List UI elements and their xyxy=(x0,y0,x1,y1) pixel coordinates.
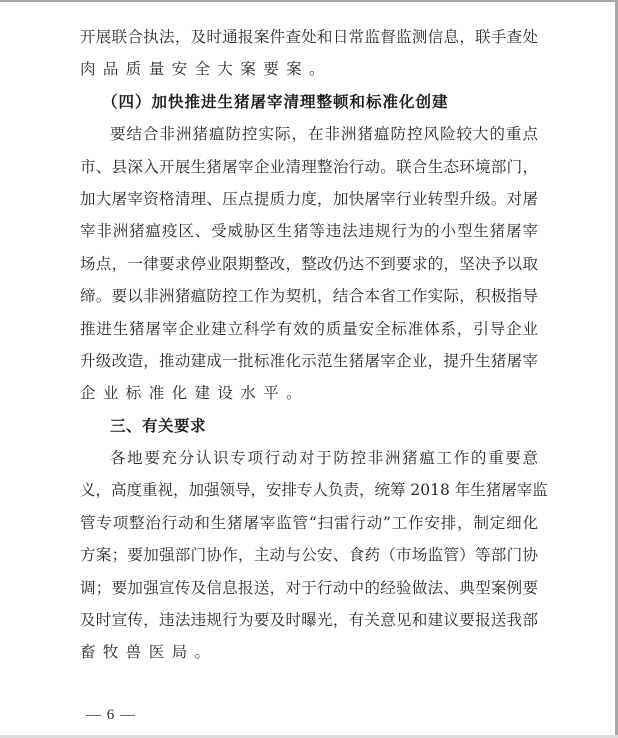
paragraph-line: 推进生猪屠宰企业建立科学有效的质量安全标准体系，引导企业 xyxy=(80,313,538,345)
page-number: — 6 — xyxy=(86,707,136,724)
paragraph-line: 调；要加强宣传及信息报送，对于行动中的经验做法、典型案例要 xyxy=(80,572,538,604)
paragraph-line: 升级改造，推动建成一批标准化示范生猪屠宰企业，提升生猪屠宰 xyxy=(80,345,538,377)
paragraph-line: 方案；要加强部门协作，主动与公安、食药（市场监管）等部门协 xyxy=(80,539,538,571)
paragraph-line: 场点，一律要求停业限期整改，整改仍达不到要求的，坚决予以取 xyxy=(80,248,538,280)
paragraph-line: 宰非洲猪瘟疫区、受威胁区生猪等违法违规行为的小型生猪屠宰 xyxy=(80,215,538,247)
paragraph-line: 义，高度重视，加强领导，安排专人负责，统筹 2018 年生猪屠宰监 xyxy=(80,474,538,506)
paragraph-line: 企业标准化建设水平。 xyxy=(80,377,538,409)
paragraph-line: 市、县深入开展生猪屠宰企业清理整治行动。联合生态环境部门， xyxy=(80,151,538,183)
paragraph-line: 肉品质量安全大案要案。 xyxy=(80,53,538,85)
paragraph-line: 加大屠宰资格清理、压点提质力度，加快屠宰行业转型升级。对屠 xyxy=(80,183,538,215)
paragraph-line: 开展联合执法，及时通报案件查处和日常监督监测信息，联手查处 xyxy=(80,21,538,53)
paragraph-line: 及时宣传，违法违规行为要及时曝光，有关意见和建议要报送我部 xyxy=(80,604,538,636)
paragraph-line: 管专项整治行动和生猪屠宰监管“扫雷行动”工作安排，制定细化 xyxy=(80,507,538,539)
section-heading: 三、有关要求 xyxy=(80,410,538,442)
paragraph-line: 要结合非洲猪瘟防控实际，在非洲猪瘟防控风险较大的重点 xyxy=(80,118,538,150)
page-frame-top-border xyxy=(0,0,618,2)
document-page: 开展联合执法，及时通报案件查处和日常监督监测信息，联手查处 肉品质量安全大案要案… xyxy=(80,21,538,669)
paragraph-line: 缔。要以非洲猪瘟防控工作为契机，结合本省工作实际，积极指导 xyxy=(80,280,538,312)
subsection-heading: （四）加快推进生猪屠宰清理整顿和标准化创建 xyxy=(80,86,538,118)
paragraph-line: 各地要充分认识专项行动对于防控非洲猪瘟工作的重要意 xyxy=(80,442,538,474)
paragraph-line: 畜牧兽医局。 xyxy=(80,636,538,668)
